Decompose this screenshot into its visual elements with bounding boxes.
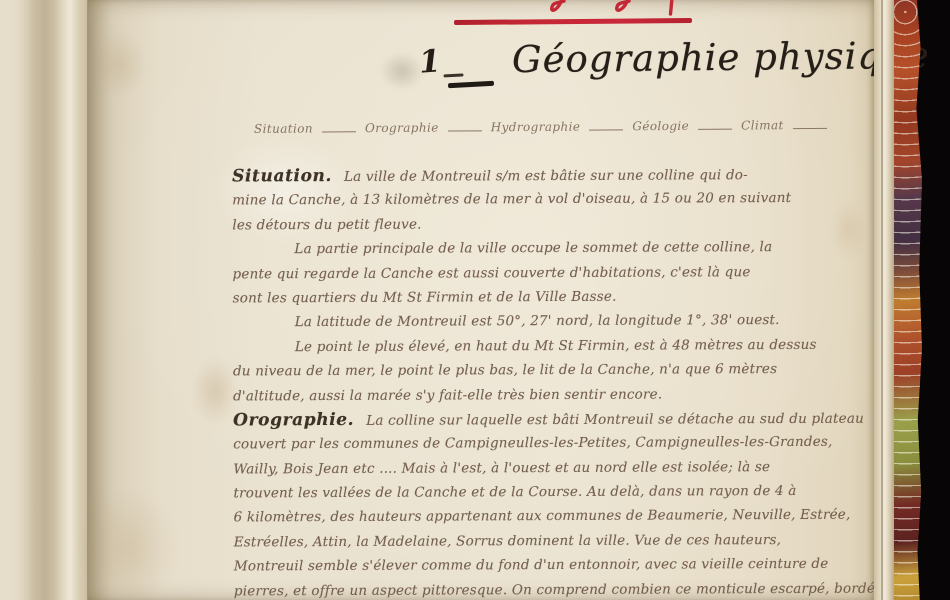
line-text: pierres, et offre un aspect pittoresque.… — [234, 580, 875, 599]
line-text: Le point le plus élevé, en haut du Mt St… — [295, 337, 817, 355]
text-line: mine la Canche, à 13 kilomètres de la me… — [232, 186, 880, 213]
title-separator-dash — [448, 81, 494, 88]
line-text: Montreuil semble s'élever comme du fond … — [234, 556, 829, 575]
book-gutter-page-stack — [0, 0, 90, 600]
manuscript-page: 1 Géographie physique Situation Orograph… — [88, 0, 874, 600]
paragraph-label: Situation. — [232, 166, 332, 186]
chapter-number: 1 — [418, 43, 442, 80]
section-index-row: Situation Orographie Hydrographie Géolog… — [254, 118, 802, 136]
text-line: Situation.La ville de Montreuil s/m est … — [232, 162, 880, 189]
dash-separator — [322, 131, 356, 132]
foxing-stain — [94, 32, 146, 98]
line-text: La partie principale de la ville occupe … — [294, 239, 772, 257]
marbled-cover-edge — [894, 0, 922, 600]
handwritten-body: Situation.La ville de Montreuil s/m est … — [232, 162, 882, 600]
line-text: les détours du petit fleuve. — [232, 216, 421, 233]
line-text: trouvent les vallées de la Canche et de … — [233, 483, 796, 501]
foxing-stain — [84, 488, 174, 600]
line-text: du niveau de la mer, le point le plus ba… — [233, 361, 777, 379]
red-chapter-title-fragment — [548, 0, 698, 17]
text-line: pente qui regarde la Canche est aussi co… — [232, 259, 880, 286]
text-line: couvert par les communes de Campigneulle… — [233, 430, 881, 457]
dash-separator — [698, 129, 732, 130]
section-index-item: Géologie — [632, 119, 689, 133]
text-line: Wailly, Bois Jean etc .... Mais à l'est,… — [233, 454, 881, 481]
text-line: d'altitude, aussi la marée s'y fait-elle… — [233, 381, 881, 408]
line-text: La ville de Montreuil s/m est bâtie sur … — [344, 167, 748, 185]
page-fore-edge — [874, 0, 894, 600]
dash-separator — [448, 130, 482, 131]
line-text: 6 kilomètres, des hauteurs appartenant a… — [234, 507, 851, 526]
foxing-stain — [192, 356, 238, 426]
text-line: Montreuil semble s'élever comme du fond … — [234, 552, 882, 579]
section-index-item: Hydrographie — [491, 120, 581, 135]
text-line: les détours du petit fleuve. — [232, 210, 880, 237]
text-line: Orographie.La colline sur laquelle est b… — [233, 405, 881, 432]
line-text: mine la Canche, à 13 kilomètres de la me… — [232, 190, 791, 208]
line-text: Wailly, Bois Jean etc .... Mais à l'est,… — [233, 459, 770, 477]
text-line: La latitude de Montreuil est 50°, 27' no… — [233, 308, 881, 335]
text-line: Le point le plus élevé, en haut du Mt St… — [233, 332, 881, 359]
text-line: trouvent les vallées de la Canche et de … — [233, 479, 881, 506]
section-index-item: Situation — [254, 122, 313, 136]
dash-separator — [589, 129, 623, 130]
line-text: La colline sur laquelle est bâti Montreu… — [366, 411, 864, 429]
section-index-item: Orographie — [365, 121, 439, 136]
section-index-item: Climat — [741, 118, 784, 132]
text-line: Estréelles, Attin, la Madelaine, Sorrus … — [234, 527, 882, 554]
text-line: sont les quartiers du Mt St Firmin et de… — [233, 284, 881, 311]
line-text: d'altitude, aussi la marée s'y fait-elle… — [233, 386, 662, 404]
text-line: 6 kilomètres, des hauteurs appartenant a… — [234, 503, 882, 530]
line-text: pente qui regarde la Canche est aussi co… — [232, 264, 750, 282]
page-title: Géographie physique — [512, 34, 930, 81]
pencil-smudge — [380, 52, 424, 90]
manuscript-photo: 1 Géographie physique Situation Orograph… — [0, 0, 950, 600]
line-text: sont les quartiers du Mt St Firmin et de… — [233, 289, 617, 307]
text-line: du niveau de la mer, le point le plus ba… — [233, 357, 881, 384]
text-line: pierres, et offre un aspect pittoresque.… — [234, 576, 882, 600]
text-line: La partie principale de la ville occupe … — [232, 235, 880, 262]
red-title-underline — [454, 18, 692, 25]
dash-separator — [793, 128, 827, 129]
paragraph-label: Orographie. — [233, 410, 354, 431]
line-text: couvert par les communes de Campigneulle… — [233, 434, 832, 453]
line-text: Estréelles, Attin, la Madelaine, Sorrus … — [234, 532, 781, 550]
line-text: La latitude de Montreuil est 50°, 27' no… — [295, 312, 780, 330]
